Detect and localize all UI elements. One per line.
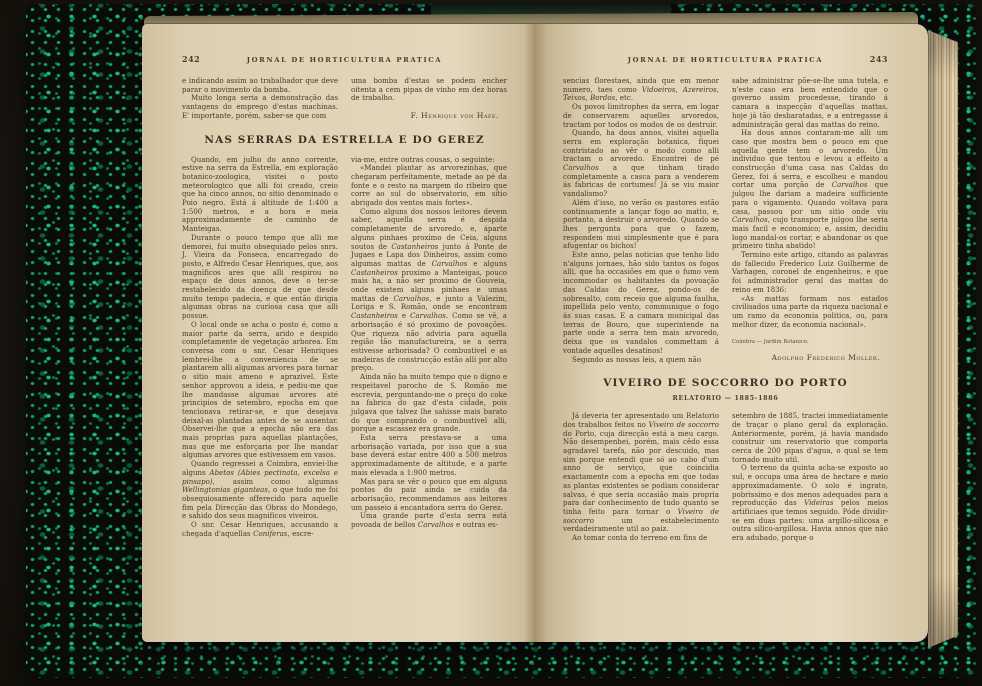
paragraph: Este anno, pelas noticias que tenho lido… (563, 251, 719, 355)
section-heading-serras: NAS SERRAS DA ESTRELLA E DO GEREZ (182, 134, 507, 146)
paragraph: via-me, entre outras cousas, o seguinte: (351, 156, 507, 165)
paragraph: O snr. Cesar Henriques, accusando a cheg… (182, 521, 338, 538)
page-number-left: 242 (182, 54, 216, 64)
paragraph: Quando, em julho do anno corrente, estiv… (182, 156, 338, 234)
paragraph: Durante o pouco tempo que alli me demore… (182, 234, 338, 321)
paragraph: O terreno da quinta acha-se exposto ao s… (732, 464, 888, 542)
paragraph: Já deveria ter apresentado um Relatorio … (563, 412, 719, 534)
paragraph: Quando regressei a Coimbra, enviei-lhe a… (182, 460, 338, 521)
book-cover: 242 JORNAL DE HORTICULTURA PRATICA e ind… (26, 4, 976, 678)
column-2: uma bomba d'estas se podem encher oitent… (351, 77, 507, 121)
page-edges-right (928, 30, 958, 648)
column-1: Quando, em julho do anno corrente, estiv… (182, 156, 338, 539)
column-2-text: sabe administrar põe-se-lhe uma tutela, … (732, 77, 888, 329)
paragraph: «Mandei plantar as arvorezinhas, que che… (351, 164, 507, 208)
running-head-right: JORNAL DE HORTICULTURA PRATICA 243 (563, 54, 888, 64)
paragraph: uma bomba d'estas se podem encher oitent… (351, 77, 507, 103)
paragraph: Segundo as nossas leis, a quem não (563, 356, 719, 365)
paragraph: Mas para se vêr o pouco que em alguns po… (351, 478, 507, 513)
paragraph: Quando, ha dous annos, visitei aquella s… (563, 129, 719, 199)
page-243: JORNAL DE HORTICULTURA PRATICA 243 senci… (533, 24, 928, 642)
paragraph: sencias florestaes, ainda que em menor n… (563, 77, 719, 103)
paragraph: Além d'isso, no verão os pastores estão … (563, 199, 719, 251)
paragraph: Ao tomar conta do terreno em fins de (563, 534, 719, 543)
page-edges-left (46, 18, 150, 654)
running-title-right: JORNAL DE HORTICULTURA PRATICA (597, 56, 854, 64)
running-title-left: JORNAL DE HORTICULTURA PRATICA (216, 56, 473, 64)
running-head-left: 242 JORNAL DE HORTICULTURA PRATICA (182, 54, 507, 64)
open-spread: 242 JORNAL DE HORTICULTURA PRATICA e ind… (142, 24, 928, 642)
paragraph: Muito longa seria a demonstração das van… (182, 94, 338, 120)
article-viveiro: Já deveria ter apresentado um Relatorio … (563, 412, 888, 543)
column-2: sabe administrar põe-se-lhe uma tutela, … (732, 77, 888, 364)
article-serras-continued: sencias florestaes, ainda que em menor n… (563, 77, 888, 364)
paragraph: sabe administrar põe-se-lhe uma tutela, … (732, 77, 888, 129)
column-1: sencias florestaes, ainda que em menor n… (563, 77, 719, 364)
paragraph: e indicando assim ao trabalhador que dev… (182, 77, 338, 94)
column-2-text: uma bomba d'estas se podem encher oitent… (351, 77, 507, 103)
paragraph: Ha dous annos contaram-me alli um caso q… (732, 129, 888, 251)
column-1: e indicando assim ao trabalhador que dev… (182, 77, 338, 121)
page-number-right: 243 (854, 54, 888, 64)
column-1: Já deveria ter apresentado um Relatorio … (563, 412, 719, 543)
paragraph: Termino este artigo, citando as palavras… (732, 251, 888, 295)
paragraph: Uma grande parte d'esta serra está povoa… (351, 512, 507, 529)
paragraph: Esta serra prestava-se a uma arborisação… (351, 434, 507, 478)
author-credit: Coimbra — Jardim Botanico. (732, 339, 888, 345)
article-end-machines: e indicando assim ao trabalhador que dev… (182, 77, 507, 121)
paragraph: Os povos limitrophes da serra, em logar … (563, 103, 719, 129)
paragraph: Ainda não ha muito tempo que o digno e r… (351, 373, 507, 434)
section-heading-viveiro: VIVEIRO DE SOCCORRO DO PORTO (563, 377, 888, 389)
paragraph: Como alguns dos nossos leitores devem sa… (351, 208, 507, 373)
page-242: 242 JORNAL DE HORTICULTURA PRATICA e ind… (142, 24, 533, 642)
column-2: setembro de 1885, tractei immediatamente… (732, 412, 888, 543)
column-2: via-me, entre outras cousas, o seguinte:… (351, 156, 507, 539)
author-signature: F. Henrique von Hafe. (351, 111, 507, 120)
paragraph: O local onde se acha o posto é, como a m… (182, 321, 338, 460)
paragraph: setembro de 1885, tractei immediatamente… (732, 412, 888, 464)
article-serras: Quando, em julho do anno corrente, estiv… (182, 156, 507, 539)
paragraph: «As mattas formam nos estados civilisado… (732, 295, 888, 330)
author-signature: Adolpho Frederico Moller. (732, 353, 888, 362)
photo-background: 242 JORNAL DE HORTICULTURA PRATICA e ind… (0, 0, 982, 686)
section-subheading-relatorio: RELATORIO — 1885-1886 (563, 395, 888, 402)
